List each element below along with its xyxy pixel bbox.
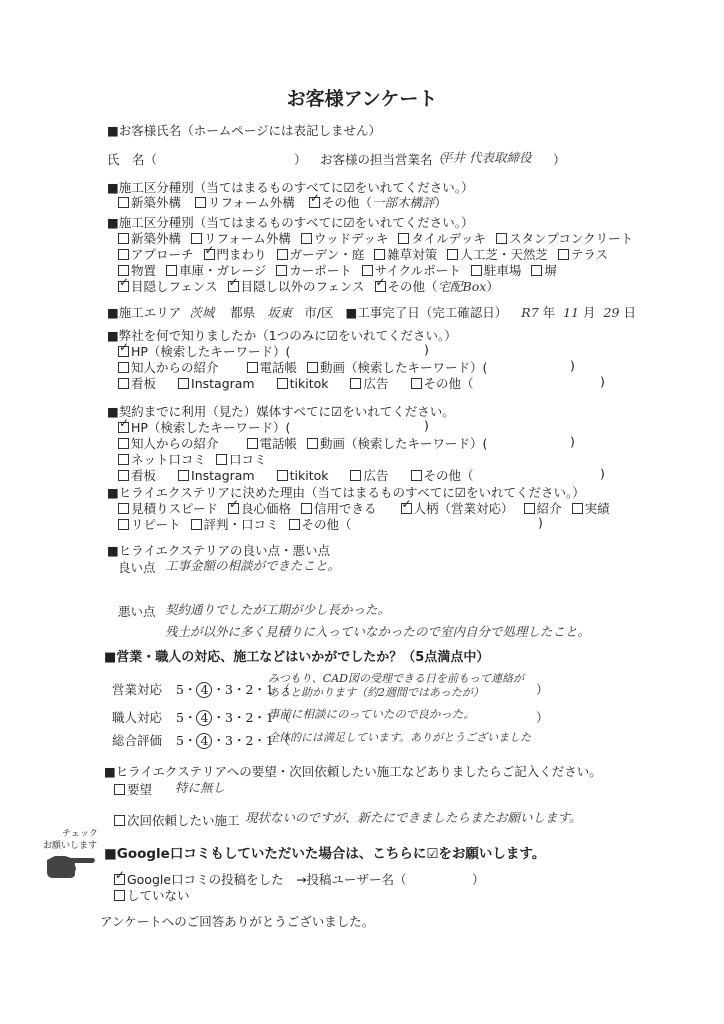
category2-row-4: 目隠しフェンス目隠し以外のフェンスその他（宅配Box） (118, 277, 509, 295)
checkbox[interactable] (277, 378, 288, 389)
checkbox-checked[interactable] (118, 422, 129, 433)
page-title: お客様アンケート (0, 84, 724, 111)
option-reputation[interactable]: 評判・口コミ (191, 515, 279, 533)
checkbox-checked[interactable] (375, 281, 386, 292)
pointing-hand-icon (45, 852, 97, 880)
rating-label: 営業対応 (112, 682, 162, 697)
city-suffix: 市/区 (304, 305, 333, 320)
checkbox[interactable] (350, 378, 361, 389)
pref-suffix: 都県 (230, 305, 255, 320)
checkbox[interactable] (524, 503, 535, 514)
checkbox[interactable] (277, 249, 288, 260)
checkbox[interactable] (307, 362, 318, 373)
ratings-header: ■営業・職人の対応、施工などはいかがでしたか？（5点満点中） (104, 646, 489, 665)
checkbox[interactable] (118, 438, 129, 449)
paren-close: ) (600, 374, 605, 389)
day-suffix: 日 (623, 305, 636, 320)
checkbox[interactable] (411, 470, 422, 481)
checkbox[interactable] (247, 362, 258, 373)
option-other-fence[interactable]: 目隠し以外のフェンス (228, 277, 365, 295)
selected-score: 4 (196, 733, 212, 749)
checkbox[interactable] (398, 233, 409, 244)
option-signboard[interactable]: 看板 (118, 374, 156, 392)
checkbox[interactable] (191, 233, 202, 244)
checkbox[interactable] (178, 378, 189, 389)
craftsman-comment[interactable]: 事前に相談にのっていたので良かった。 (268, 706, 475, 722)
prefecture-field[interactable]: 茨城 (189, 305, 214, 320)
category1-options: 新築外構 リフォーム外構 その他（一部木構評） (118, 193, 457, 211)
option-instagram[interactable]: Instagram (178, 376, 255, 391)
selected-score: 4 (196, 710, 212, 726)
checkbox[interactable] (195, 197, 206, 208)
rating-row-sales: 営業対応 5・4・3・2・1 （ (112, 680, 290, 698)
next-request-field[interactable]: 現状ないのですが、新たにできましたらまたお願いします。 (245, 808, 582, 826)
paren-close: ) (424, 342, 429, 357)
checkbox[interactable] (277, 470, 288, 481)
username-field[interactable] (380, 869, 470, 885)
rating-row-craftsman: 職人対応 5・4・3・2・1 （ (112, 708, 290, 726)
option-other[interactable]: その他（宅配Box） (375, 277, 499, 295)
checkbox[interactable] (118, 503, 129, 514)
option-video[interactable]: 動画（検索したキーワード）( (307, 434, 487, 452)
checkbox[interactable] (411, 378, 422, 389)
completion-header: ■工事完了日（完工確認日） (346, 305, 508, 320)
option-instagram[interactable]: Instagram (178, 468, 255, 483)
selected-score: 4 (196, 682, 212, 698)
checkbox[interactable] (558, 249, 569, 260)
area-header: ■施工エリア (107, 305, 181, 320)
bad-point-field-2[interactable]: 残土が以外に多く見積りに入っていなかったので室内自分で処理したこと。 (165, 622, 590, 640)
sales-rep-field[interactable]: 平井 代表取締役 (440, 148, 531, 166)
checkbox[interactable] (531, 265, 542, 276)
option-other[interactable]: その他（ (411, 374, 474, 392)
google-not-posted-option[interactable]: していない (114, 886, 190, 904)
checkbox-checked[interactable] (114, 874, 125, 885)
checkbox[interactable] (118, 470, 129, 481)
checkbox[interactable] (118, 362, 129, 373)
month-field[interactable]: 11 (563, 305, 579, 320)
checkbox[interactable] (572, 503, 583, 514)
customer-name-field[interactable] (140, 148, 290, 164)
paren-close: ) (600, 466, 605, 481)
option-wall[interactable]: 塀 (531, 261, 557, 279)
option-new-build[interactable]: 新築外構 (118, 193, 181, 211)
option-track-record[interactable]: 実績 (572, 499, 610, 517)
paren-close: ) (538, 515, 543, 530)
rating-scale[interactable]: 5・4・3・2・1 (176, 682, 274, 697)
checkbox[interactable] (118, 378, 129, 389)
checkbox[interactable] (362, 265, 373, 276)
paren-close: ) (570, 358, 575, 373)
rating-scale[interactable]: 5・4・3・2・1 (176, 733, 274, 748)
paren-close: ） (472, 870, 485, 888)
sales-comment-2[interactable]: あると助かります（約2週間ではあったが） (268, 684, 484, 700)
checkbox[interactable] (247, 438, 258, 449)
checkbox[interactable] (114, 815, 125, 826)
google-header: ■Google口コミもしていただいた場合は、こちらに☑をお願いします。 (104, 842, 545, 862)
option-tiktok[interactable]: tikitok (277, 376, 329, 391)
year-suffix: 年 (543, 305, 556, 320)
rating-scale[interactable]: 5・4・3・2・1 (176, 710, 274, 725)
checkbox[interactable] (118, 249, 129, 260)
checkbox[interactable] (447, 249, 458, 260)
next-request-option[interactable]: 次回依頼したい施工 (114, 811, 240, 829)
footer-thanks: アンケートへのご回答ありがとうございました。 (100, 912, 374, 930)
option-ad[interactable]: 広告 (350, 466, 388, 484)
rating-label: 総合評価 (112, 733, 162, 748)
checkbox-checked[interactable] (204, 249, 215, 260)
era-year-field[interactable]: R7 (521, 305, 538, 320)
checkbox-checked[interactable] (401, 503, 412, 514)
month-suffix: 月 (583, 305, 596, 320)
bad-point-field-1[interactable]: 契約通りでしたが工期が少し長かった。 (165, 600, 390, 618)
checkbox[interactable] (114, 784, 125, 795)
day-field[interactable]: 29 (604, 305, 620, 320)
option-repeat[interactable]: リピート (118, 515, 181, 533)
checkbox[interactable] (166, 265, 177, 276)
media-row-4: 看板Instagramtikitok広告その他（) (118, 466, 484, 484)
option-tiktok[interactable]: tikitok (277, 468, 329, 483)
checkbox[interactable] (118, 197, 129, 208)
option-privacy-fence[interactable]: 目隠しフェンス (118, 277, 218, 295)
customer-header: ■お客様氏名（ホームページには表記しません） (107, 121, 381, 139)
checkbox[interactable] (471, 265, 482, 276)
name-close: ） (294, 150, 307, 168)
good-label: 良い点 (118, 558, 156, 576)
other-note[interactable]: 一部木構評 (372, 195, 435, 210)
paren-close: ) (570, 434, 575, 449)
sales-close: ） (553, 150, 566, 168)
checkbox[interactable] (301, 233, 312, 244)
checkbox[interactable] (114, 890, 125, 901)
bad-label: 悪い点 (118, 602, 156, 620)
checkbox-checked[interactable] (118, 281, 129, 292)
checkbox[interactable] (178, 470, 189, 481)
other-note[interactable]: 宅配Box (438, 279, 487, 294)
checkbox[interactable] (307, 438, 318, 449)
checkbox[interactable] (118, 233, 129, 244)
callout-line2: お願いします (30, 838, 110, 851)
request-option[interactable]: 要望 (114, 780, 152, 798)
checkbox-checked[interactable] (228, 503, 239, 514)
option-signboard[interactable]: 看板 (118, 466, 156, 484)
option-personality[interactable]: 人柄（営業対応） (401, 499, 514, 517)
checkbox[interactable] (289, 519, 300, 530)
request-field[interactable]: 特に無し (175, 778, 225, 796)
area-row: ■施工エリア 茨城 都県 坂東 市/区 ■工事完了日（完工確認日） R7 年 1… (107, 303, 636, 321)
how-known-row-3: 看板Instagramtikitok広告その他（) (118, 374, 484, 392)
sales-label: お客様の担当営業名（ (320, 150, 445, 168)
option-other[interactable]: その他（ (289, 515, 352, 533)
paren-close: ） (536, 708, 549, 726)
checkbox-checked[interactable] (228, 281, 239, 292)
option-other[interactable]: その他（一部木構評） (309, 193, 447, 211)
option-reform[interactable]: リフォーム外構 (195, 193, 295, 211)
city-field[interactable]: 坂東 (267, 305, 292, 320)
checkbox[interactable] (216, 454, 227, 465)
checkbox[interactable] (301, 503, 312, 514)
paren-close: ) (424, 418, 429, 433)
overall-comment[interactable]: 全体的には満足しています。ありがとうございました (268, 729, 531, 745)
rating-label: 職人対応 (112, 710, 162, 725)
rating-row-overall: 総合評価 5・4・3・2・1 （ (112, 731, 290, 749)
reasons-row-2: リピート評判・口コミその他（) (118, 515, 362, 533)
good-point-field[interactable]: 工事金額の相談ができたこと。 (165, 556, 340, 574)
checkbox[interactable] (374, 249, 385, 260)
paren-close: ） (536, 680, 549, 698)
checkbox[interactable] (118, 519, 129, 530)
option-ad[interactable]: 広告 (350, 374, 388, 392)
checkbox[interactable] (118, 454, 129, 465)
option-other[interactable]: その他（ (411, 466, 474, 484)
checkbox-checked[interactable] (309, 197, 320, 208)
checkbox-checked[interactable] (118, 346, 129, 357)
checkbox[interactable] (276, 265, 287, 276)
checkbox[interactable] (496, 233, 507, 244)
checkbox[interactable] (350, 470, 361, 481)
checkbox[interactable] (191, 519, 202, 530)
